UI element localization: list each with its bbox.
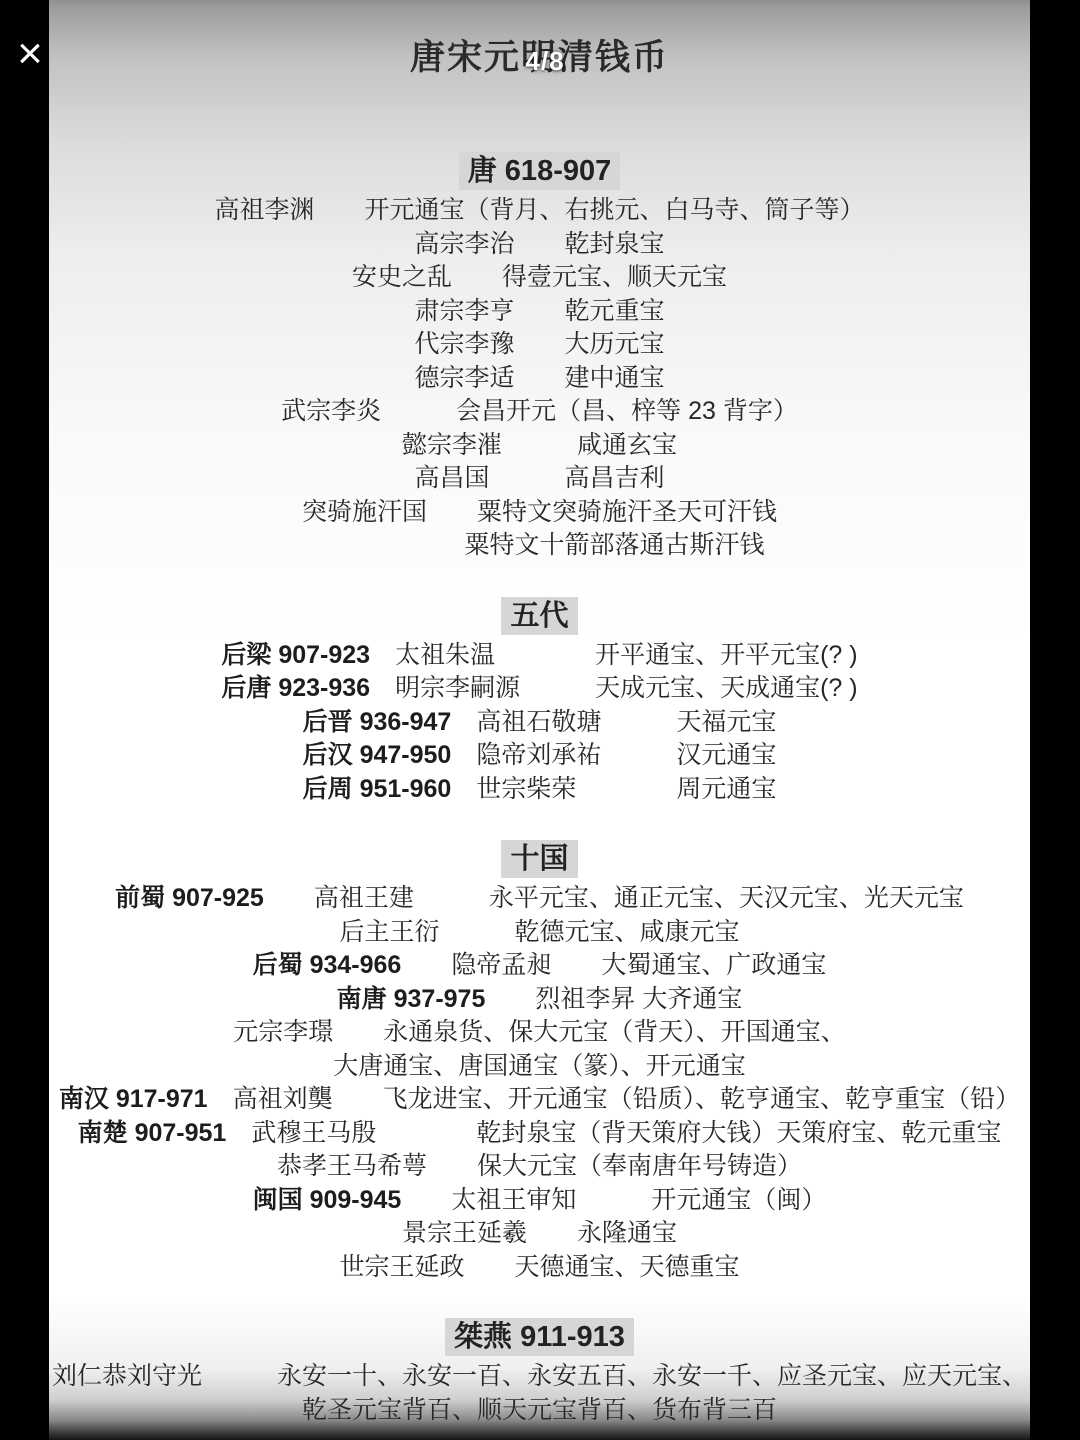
text-line: 大唐通宝、唐国通宝（篆）、开元通宝: [49, 1050, 1030, 1084]
text-line: 后汉 947-950 隐帝刘承祐 汉元通宝: [49, 739, 1030, 773]
text-line: 后蜀 934-966 隐帝孟昶 大蜀通宝、广政通宝: [49, 949, 1030, 983]
section-header: 五代: [501, 597, 577, 635]
text-line: 武宗李炎 会昌开元（昌、梓等 23 背字）: [49, 395, 1030, 429]
text-line: 恭孝王马希萼 保大元宝（奉南唐年号铸造）: [49, 1150, 1030, 1184]
section: 五代后梁 907-923 太祖朱温 开平通宝、开平元宝(? )后唐 923-93…: [49, 597, 1030, 807]
text-line: 高祖李渊 开元通宝（背月、右挑元、白马寺、筒子等）: [49, 194, 1030, 228]
document-page: 唐宋元明清钱币 唐 618-907高祖李渊 开元通宝（背月、右挑元、白马寺、筒子…: [49, 0, 1030, 1427]
text-line: 代宗李豫 大历元宝: [49, 328, 1030, 362]
text-line: 粟特文十箭部落通古斯汗钱: [49, 529, 1030, 563]
section: 唐 618-907高祖李渊 开元通宝（背月、右挑元、白马寺、筒子等）高宗李治 乾…: [49, 152, 1030, 563]
text-line: 南唐 937-975 烈祖李昇 大齐通宝: [49, 983, 1030, 1017]
section: 桀燕 911-913刘仁恭刘守光 永安一十、永安一百、永安五百、永安一千、应圣元…: [49, 1318, 1030, 1427]
section-header: 十国: [501, 840, 577, 878]
page-counter: 4/8: [525, 46, 564, 77]
text-line: 高昌国 高昌吉利: [49, 462, 1030, 496]
text-line: 南楚 907-951 武穆王马殷 乾封泉宝（背天策府大钱）天策府宝、乾元重宝: [49, 1117, 1030, 1151]
text-line: 后周 951-960 世宗柴荣 周元通宝: [49, 773, 1030, 807]
image-viewer: 唐宋元明清钱币 唐 618-907高祖李渊 开元通宝（背月、右挑元、白马寺、筒子…: [0, 0, 1080, 1440]
text-line: 德宗李适 建中通宝: [49, 362, 1030, 396]
text-line: 肃宗李亨 乾元重宝: [49, 295, 1030, 329]
text-line: 突骑施汗国 粟特文突骑施汗圣天可汗钱: [49, 496, 1030, 530]
text-line: 景宗王延羲 永隆通宝: [49, 1217, 1030, 1251]
text-line: 刘仁恭刘守光 永安一十、永安一百、永安五百、永安一千、应圣元宝、应天元宝、: [49, 1360, 1030, 1394]
text-line: 后梁 907-923 太祖朱温 开平通宝、开平元宝(? ): [49, 639, 1030, 673]
sections: 唐 618-907高祖李渊 开元通宝（背月、右挑元、白马寺、筒子等）高宗李治 乾…: [49, 152, 1030, 1427]
section-header: 桀燕 911-913: [445, 1318, 634, 1356]
text-line: 后唐 923-936 明宗李嗣源 天成元宝、天成通宝(? ): [49, 672, 1030, 706]
section-header: 唐 618-907: [459, 152, 621, 190]
text-line: 高宗李治 乾封泉宝: [49, 228, 1030, 262]
close-button[interactable]: ×: [10, 32, 50, 76]
text-line: 闽国 909-945 太祖王审知 开元通宝（闽）: [49, 1184, 1030, 1218]
document-photo[interactable]: 唐宋元明清钱币 唐 618-907高祖李渊 开元通宝（背月、右挑元、白马寺、筒子…: [49, 0, 1030, 1440]
section: 十国前蜀 907-925 高祖王建 永平元宝、通正元宝、天汉元宝、光天元宝后主王…: [49, 840, 1030, 1284]
text-line: 世宗王延政 天德通宝、天德重宝: [49, 1251, 1030, 1285]
text-line: 元宗李璟 永通泉货、保大元宝（背天）、开国通宝、: [49, 1016, 1030, 1050]
text-line: 前蜀 907-925 高祖王建 永平元宝、通正元宝、天汉元宝、光天元宝: [49, 882, 1030, 916]
text-line: 安史之乱 得壹元宝、顺天元宝: [49, 261, 1030, 295]
text-line: 后主王衍 乾德元宝、咸康元宝: [49, 916, 1030, 950]
close-icon: ×: [17, 32, 43, 76]
text-line: 乾圣元宝背百、顺天元宝背百、货布背三百: [49, 1394, 1030, 1428]
text-line: 懿宗李漼 咸通玄宝: [49, 429, 1030, 463]
text-line: 后晋 936-947 高祖石敬瑭 天福元宝: [49, 706, 1030, 740]
text-line: 南汉 917-971 高祖刘龑 飞龙进宝、开元通宝（铅质）、乾亨通宝、乾亨重宝（…: [49, 1083, 1030, 1117]
